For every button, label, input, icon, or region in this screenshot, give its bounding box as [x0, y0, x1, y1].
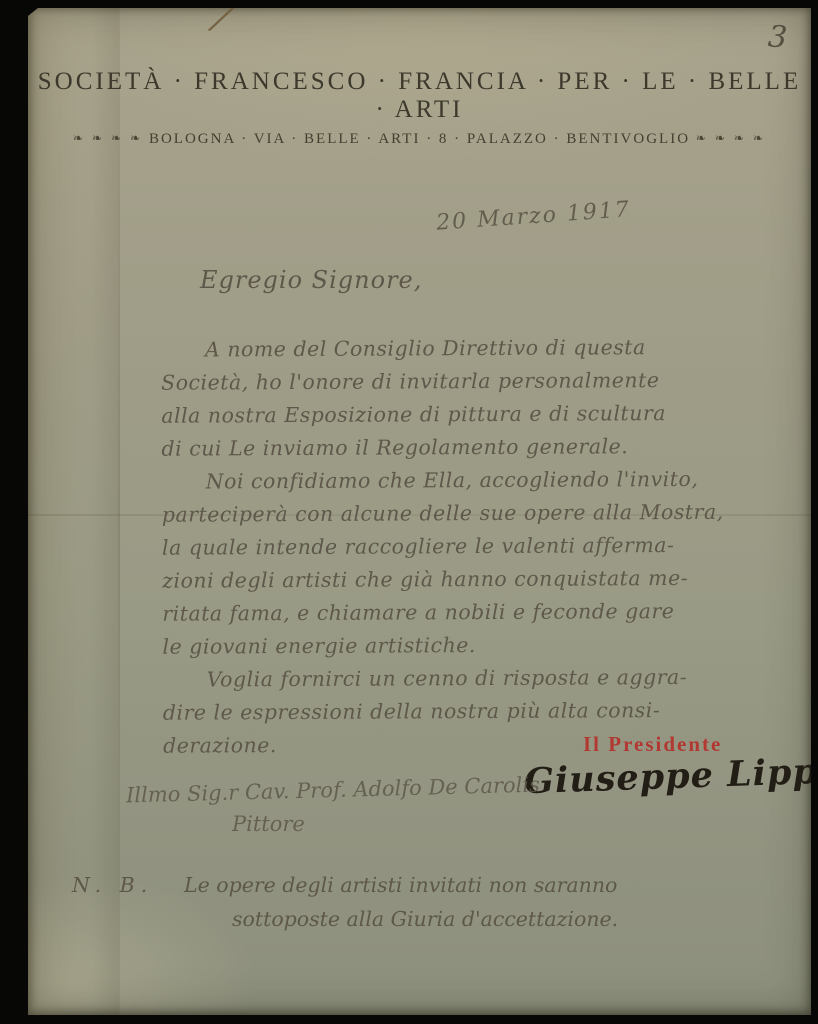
pencil-archival-mark: ⁗⁄ — [190, 8, 229, 42]
body-line: alla nostra Esposizione di pittura e di … — [161, 396, 809, 432]
nota-bene: N. B.Le opere degli artisti invitati non… — [72, 868, 618, 936]
addressee-name: Illmo Sig.r Cav. Prof. Adolfo De Carolis — [126, 773, 540, 808]
body-line: Noi confidiamo che Ella, accogliendo l'i… — [162, 462, 810, 498]
body-line: la quale intende raccogliere le valenti … — [162, 528, 810, 564]
letterhead-address-line: ❧ ❧ ❧ ❧ BOLOGNA · VIA · BELLE · ARTI · 8… — [28, 131, 811, 148]
letterhead-address-text: BOLOGNA · VIA · BELLE · ARTI · 8 · PALAZ… — [149, 131, 690, 147]
letter-body: A nome del Consiglio Direttivo di questa… — [161, 330, 811, 762]
left-fold-shading — [28, 8, 118, 1015]
body-line: dire le espressioni della nostra più alt… — [163, 693, 811, 729]
nota-bene-label: N. B. — [72, 868, 184, 902]
nota-bene-text-2: sottoposte alla Giuria d'accettazione. — [232, 902, 618, 936]
addressee-title: Pittore — [232, 812, 305, 836]
photograph-backdrop: ⁗⁄ 3 SOCIETÀ · FRANCESCO · FRANCIA · PER… — [0, 0, 818, 1024]
letter-sheet: ⁗⁄ 3 SOCIETÀ · FRANCESCO · FRANCIA · PER… — [28, 8, 811, 1015]
nota-bene-first-line: N. B.Le opere degli artisti invitati non… — [72, 868, 618, 902]
body-line: parteciperà con alcune delle sue opere a… — [162, 495, 810, 531]
letterhead-society-name: SOCIETÀ · FRANCESCO · FRANCIA · PER · LE… — [28, 68, 811, 124]
president-title-stamp: Il Presidente — [583, 732, 722, 757]
nota-bene-text-1: Le opere degli artisti invitati non sara… — [184, 873, 617, 897]
body-line: Società, ho l'onore di invitarla persona… — [161, 363, 809, 399]
vertical-fold-crease — [118, 8, 120, 1015]
body-line: ritata fama, e chiamare a nobili e fecon… — [162, 594, 810, 630]
body-line: zioni degli artisti che già hanno conqui… — [162, 561, 810, 597]
body-line: di cui Le inviamo il Regolamento general… — [161, 429, 809, 465]
salutation: Egregio Signore, — [200, 266, 422, 294]
leaf-ornament-right-icon: ❧ ❧ ❧ ❧ — [696, 131, 766, 145]
body-line: le giovani energie artistiche. — [162, 627, 810, 663]
leaf-ornament-left-icon: ❧ ❧ ❧ ❧ — [73, 131, 143, 145]
pencil-page-number: 3 — [767, 19, 788, 55]
letter-date: 20 Marzo 1917 — [435, 197, 631, 236]
body-line: Voglia fornirci un cenno di risposta e a… — [163, 660, 811, 696]
letterhead: SOCIETÀ · FRANCESCO · FRANCIA · PER · LE… — [28, 68, 811, 148]
body-line: A nome del Consiglio Direttivo di questa — [161, 330, 809, 366]
